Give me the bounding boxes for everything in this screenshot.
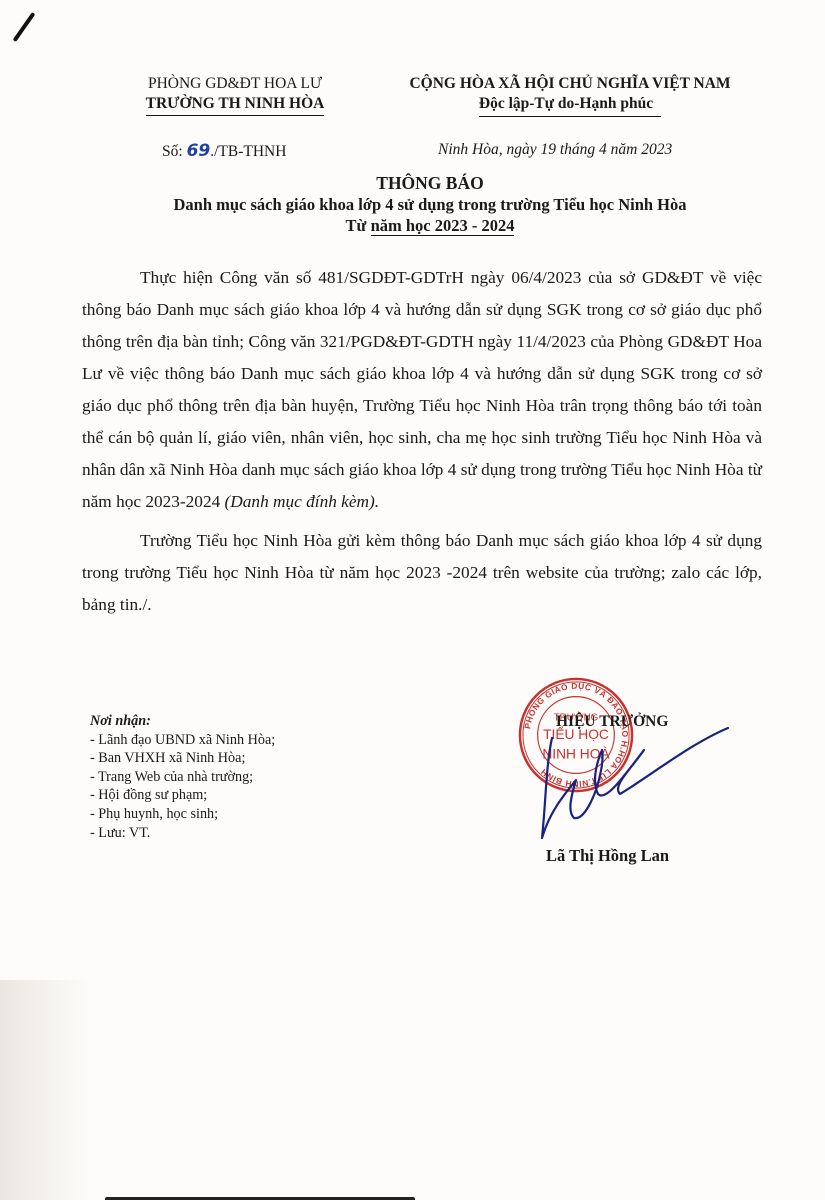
issuer-header: PHÒNG GD&ĐT HOA LƯ TRƯỜNG TH NINH HÒA: [120, 74, 350, 116]
paragraph-1-italic: (Danh mục đính kèm).: [225, 492, 380, 511]
title-main: THÔNG BÁO: [100, 173, 760, 194]
recipient-item: - Lưu: VT.: [90, 824, 275, 843]
signer-name: Lã Thị Hồng Lan: [546, 846, 669, 866]
national-motto: Độc lập-Tự do-Hạnh phúc: [479, 94, 661, 117]
doc-number-prefix: Số:: [162, 143, 187, 160]
page-edge-shadow: [0, 980, 90, 1200]
handwritten-signature-icon: [540, 720, 730, 840]
issuing-agency: PHÒNG GD&ĐT HOA LƯ: [120, 74, 350, 94]
recipient-item: - Ban VHXH xã Ninh Hòa;: [90, 749, 275, 768]
paragraph-1-text: Thực hiện Công văn số 481/SGDĐT-GDTrH ng…: [82, 268, 762, 511]
title-year-prefix: Từ: [346, 216, 371, 235]
title-subtitle: Danh mục sách giáo khoa lớp 4 sử dụng tr…: [100, 194, 760, 215]
place-date: Ninh Hòa, ngày 19 tháng 4 năm 2023: [438, 141, 672, 159]
doc-number-handwritten: 69: [187, 141, 211, 161]
recipient-item: - Lãnh đạo UBND xã Ninh Hòa;: [90, 731, 275, 750]
recipient-item: - Hội đồng sư phạm;: [90, 786, 275, 805]
doc-number-suffix: ./TB-THNH: [210, 143, 286, 160]
recipients-list: Nơi nhận: - Lãnh đạo UBND xã Ninh Hòa; -…: [90, 712, 275, 842]
body-paragraph: Trường Tiểu học Ninh Hòa gửi kèm thông b…: [82, 525, 762, 621]
document-body: Thực hiện Công văn số 481/SGDĐT-GDTrH ng…: [82, 262, 762, 621]
pen-mark: [13, 12, 36, 42]
country-name: CỘNG HÒA XÃ HỘI CHỦ NGHĨA VIỆT NAM: [380, 74, 760, 94]
document-title: THÔNG BÁO Danh mục sách giáo khoa lớp 4 …: [100, 173, 760, 236]
title-year-underlined: năm học 2023 - 2024: [371, 216, 515, 236]
school-name: TRƯỜNG TH NINH HÒA: [146, 94, 325, 116]
national-header: CỘNG HÒA XÃ HỘI CHỦ NGHĨA VIỆT NAM Độc l…: [380, 74, 760, 117]
recipient-item: - Phụ huynh, học sinh;: [90, 805, 275, 824]
recipient-item: - Trang Web của nhà trường;: [90, 768, 275, 787]
title-year: Từ năm học 2023 - 2024: [100, 215, 760, 236]
body-paragraph: Thực hiện Công văn số 481/SGDĐT-GDTrH ng…: [82, 262, 762, 518]
document-number: Số: 69./TB-THNH: [162, 141, 286, 161]
recipients-title: Nơi nhận:: [90, 712, 275, 731]
